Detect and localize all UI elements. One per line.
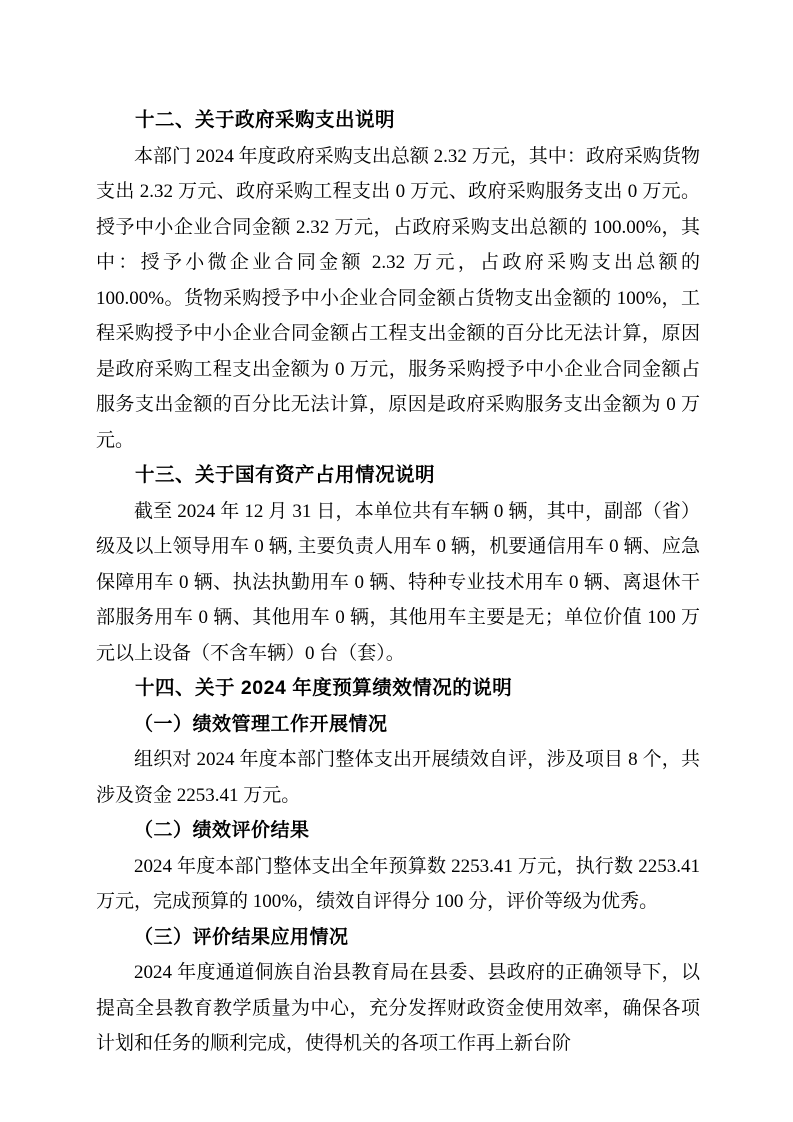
paragraph-procurement-detail: 本部门 2024 年度政府采购支出总额 2.32 万元，其中：政府采购货物支出 … xyxy=(96,139,700,459)
section-heading-state-assets: 十三、关于国有资产占用情况说明 xyxy=(96,458,700,494)
section-heading-budget-performance: 十四、关于 2024 年度预算绩效情况的说明 xyxy=(96,671,700,707)
subheading-result-application: （三）评价结果应用情况 xyxy=(96,920,700,956)
paragraph-performance-management: 组织对 2024 年度本部门整体支出开展绩效自评，涉及项目 8 个，共涉及资金 … xyxy=(96,742,700,813)
document-page: 十二、关于政府采购支出说明 本部门 2024 年度政府采购支出总额 2.32 万… xyxy=(0,0,793,1122)
subheading-evaluation-results: （二）绩效评价结果 xyxy=(96,813,700,849)
paragraph-state-assets-detail: 截至 2024 年 12 月 31 日，本单位共有车辆 0 辆，其中，副部（省）… xyxy=(96,494,700,672)
section-heading-procurement: 十二、关于政府采购支出说明 xyxy=(96,103,700,139)
paragraph-evaluation-results: 2024 年度本部门整体支出全年预算数 2253.41 万元，执行数 2253.… xyxy=(96,849,700,920)
subheading-performance-management: （一）绩效管理工作开展情况 xyxy=(96,707,700,743)
paragraph-result-application: 2024 年度通道侗族自治县教育局在县委、县政府的正确领导下，以提高全县教育教学… xyxy=(96,955,700,1062)
